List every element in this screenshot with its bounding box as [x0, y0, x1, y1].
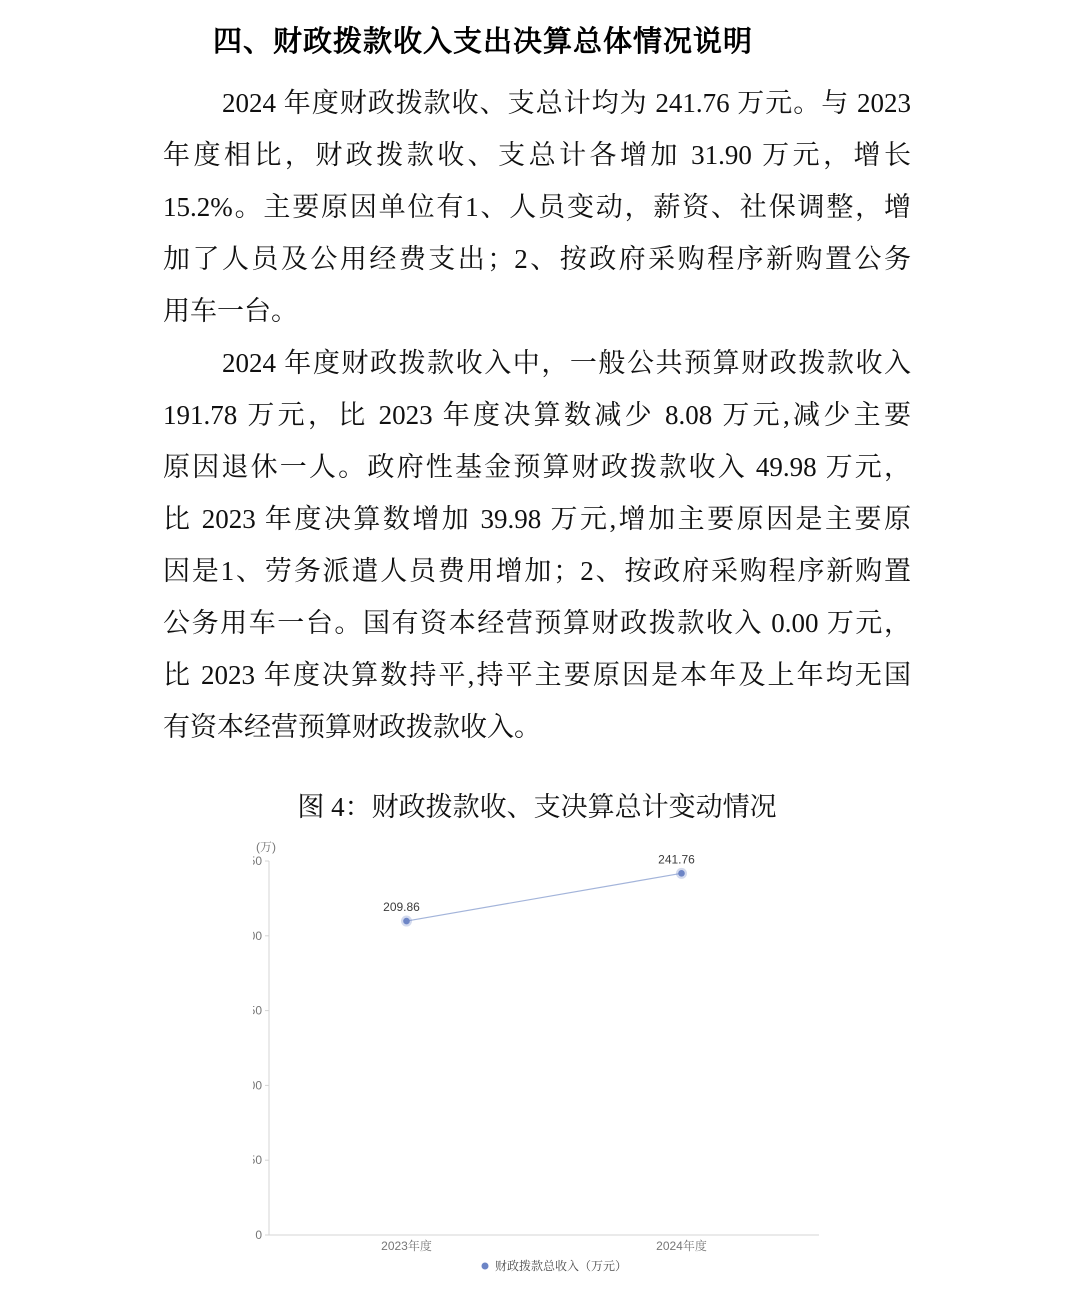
paragraph-line: 原因退休一人。政府性基金预算财政拨款收入 49.98 万元，: [163, 441, 911, 493]
document-body: 四、财政拨款收入支出决算总体情况说明 2024 年度财政拨款收、支总计均为 24…: [163, 0, 911, 833]
legend-marker-icon: [482, 1263, 489, 1270]
paragraph-line: 加了人员及公用经费支出；2、按政府采购程序新购置公务: [163, 233, 911, 285]
data-label: 241.76: [658, 852, 695, 866]
figure-caption: 图 4：财政拨款收、支决算总计变动情况: [163, 781, 911, 833]
paragraph-line: 2024 年度财政拨款收、支总计均为 241.76 万元。与 2023: [163, 77, 911, 129]
line-chart: (万)0501001502002502023年度2024年度209.86241.…: [253, 836, 858, 1301]
paragraph-line: 有资本经营预算财政拨款收入。: [163, 701, 911, 753]
y-tick-label: 0: [255, 1228, 262, 1242]
paragraph-line: 公务用车一台。国有资本经营预算财政拨款收入 0.00 万元，: [163, 597, 911, 649]
data-label: 209.86: [383, 900, 420, 914]
y-tick-label: 250: [253, 854, 262, 868]
paragraph-line: 191.78 万元，比 2023 年度决算数减少 8.08 万元,减少主要: [163, 389, 911, 441]
paragraph-line: 因是1、劳务派遣人员费用增加；2、按政府采购程序新购置: [163, 545, 911, 597]
legend-label: 财政拨款总收入（万元）: [495, 1258, 627, 1273]
paragraph-line: 比 2023 年度决算数持平,持平主要原因是本年及上年均无国: [163, 649, 911, 701]
paragraph-line: 用车一台。: [163, 285, 911, 337]
y-axis-unit-label: (万): [256, 840, 276, 854]
y-tick-label: 50: [253, 1153, 262, 1167]
paragraph-line: 2024 年度财政拨款收入中，一般公共预算财政拨款收入: [163, 337, 911, 389]
paragraph-line: 年度相比，财政拨款收、支总计各增加 31.90 万元，增长: [163, 129, 911, 181]
data-point: [403, 918, 410, 925]
chart-canvas: (万)0501001502002502023年度2024年度209.86241.…: [253, 836, 858, 1301]
body-paragraphs: 2024 年度财政拨款收、支总计均为 241.76 万元。与 2023年度相比，…: [163, 77, 911, 753]
x-tick-label: 2023年度: [381, 1238, 432, 1253]
x-tick-label: 2024年度: [656, 1238, 707, 1253]
data-point: [678, 870, 685, 877]
document-page: 四、财政拨款收入支出决算总体情况说明 2024 年度财政拨款收、支总计均为 24…: [0, 0, 1074, 1315]
paragraph-line: 15.2%。主要原因单位有1、人员变动，薪资、社保调整，增: [163, 181, 911, 233]
y-tick-label: 150: [253, 1004, 262, 1018]
y-tick-label: 200: [253, 929, 262, 943]
series-line: [407, 873, 682, 921]
section-heading: 四、财政拨款收入支出决算总体情况说明: [213, 24, 911, 60]
paragraph-line: 比 2023 年度决算数增加 39.98 万元,增加主要原因是主要原: [163, 493, 911, 545]
y-tick-label: 100: [253, 1078, 262, 1092]
